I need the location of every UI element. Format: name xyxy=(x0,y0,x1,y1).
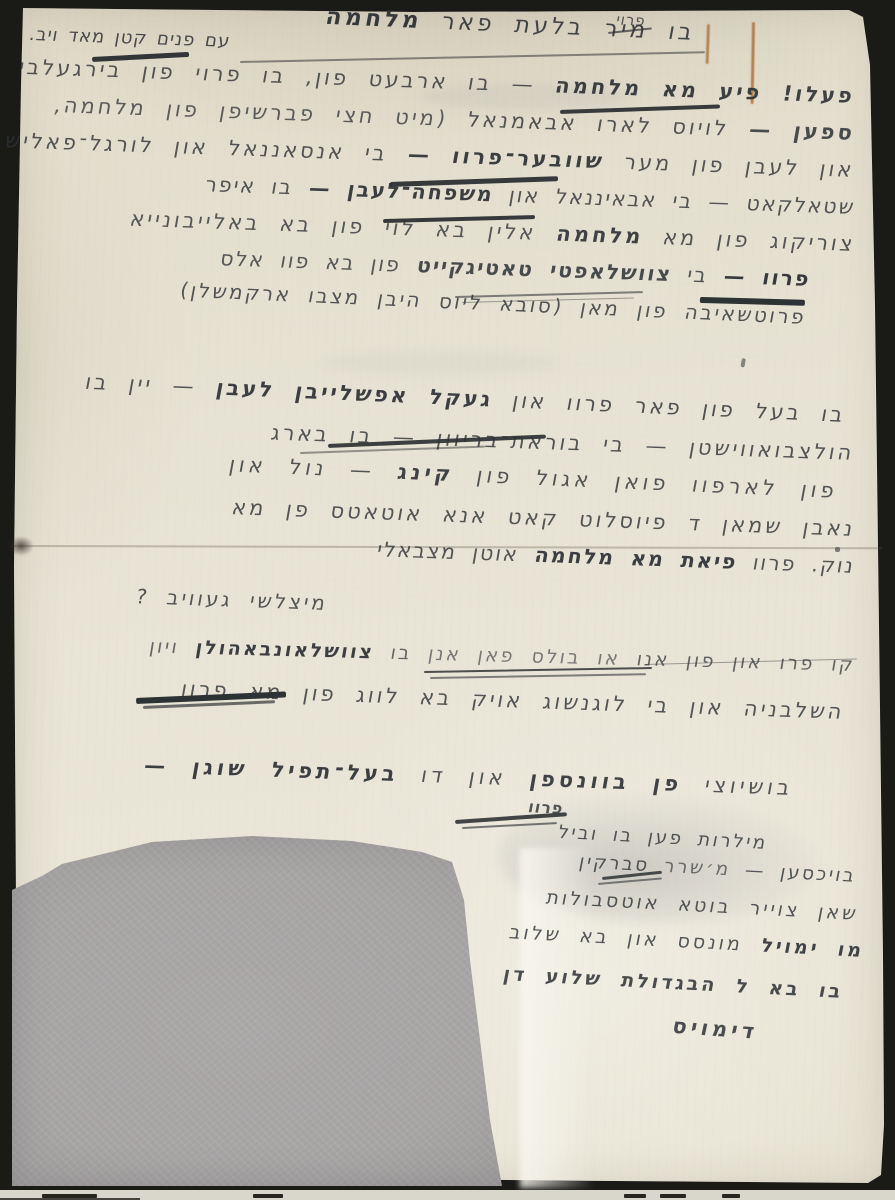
line-17-crossed-word: פרוו xyxy=(526,798,565,818)
crease-edge-shadow xyxy=(8,536,34,556)
handwriting-segment: ספען — xyxy=(727,117,857,145)
handwriting-segment: פעלו! xyxy=(760,81,857,108)
bed-strip-dash xyxy=(253,1194,283,1198)
handwriting-segment: מ׳שרר xyxy=(648,855,733,880)
handwriting-segment: און דו xyxy=(396,762,508,790)
handwriting-segment: בו איפר xyxy=(203,172,295,199)
handwriting-segment: נוק. פרוו xyxy=(736,550,858,578)
handwriting-segment: בי xyxy=(669,262,709,287)
bed-strip-dash xyxy=(660,1194,686,1198)
handwriting-segment: מלחמה xyxy=(323,4,424,34)
handwriting-segment: פרוו — xyxy=(705,263,812,290)
handwriting-segment: קינג xyxy=(396,460,457,486)
handwriting-segment: או בולס פאן אנן xyxy=(410,642,622,669)
bed-strip-dash xyxy=(624,1194,646,1198)
grey-paper-patch xyxy=(12,830,520,1186)
handwriting-segment: בושיוצי xyxy=(680,772,795,800)
handwriting-segment: פרוו xyxy=(526,797,565,818)
handwriting-segment: צוושלאונבאהולן xyxy=(194,637,376,664)
handwriting-segment: ויון xyxy=(148,636,198,659)
show-through-b xyxy=(320,350,560,376)
handwriting-segment: אוטן מצבאלי xyxy=(375,537,521,566)
handwriting-segment: בו xyxy=(373,641,414,664)
bed-strip-dash xyxy=(722,1194,740,1198)
manuscript-scan: פרויבו מיר בלעת פאר מלחמהעם פנים קטן מאד… xyxy=(0,0,895,1200)
handwriting-segment: מלחמה xyxy=(534,221,645,249)
handwriting-segment: סברקין xyxy=(577,851,651,876)
